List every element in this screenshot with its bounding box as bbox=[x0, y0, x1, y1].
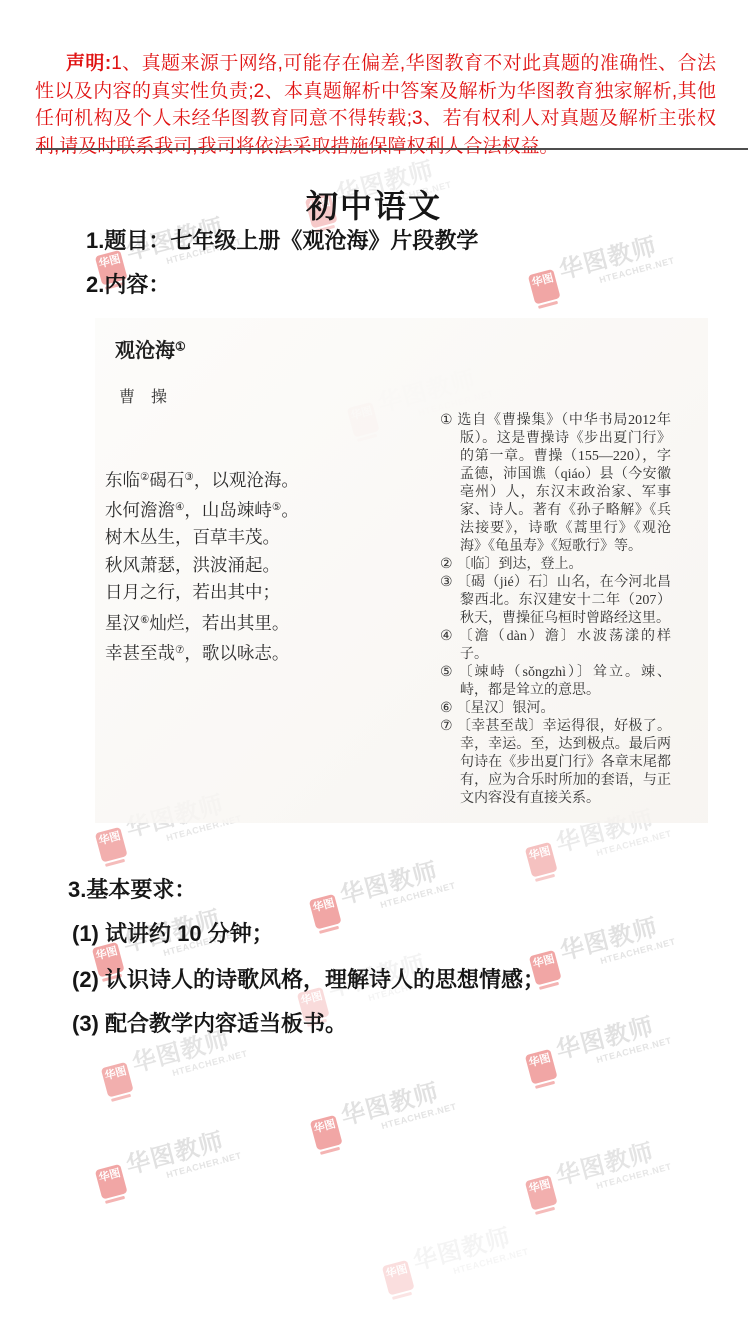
annotation-marker: ⑥ bbox=[440, 701, 453, 716]
watermark-domain-text: HTEACHER.NET bbox=[563, 255, 675, 294]
divider-line bbox=[36, 148, 748, 150]
content-label: 2.内容： bbox=[86, 268, 170, 299]
poem-line: 东临②碣石③，以观沧海。 bbox=[105, 464, 299, 494]
huatu-logo-icon: 华图 bbox=[310, 1115, 344, 1156]
disclaimer-body: 1、真题来源于网络,可能存在偏差,华图教育不对此真题的准确性、合法性以及内容的真… bbox=[35, 53, 716, 157]
poem-line: 日月之行，若出其中； bbox=[105, 579, 299, 606]
requirement-item: (1) 试讲约 10 分钟； bbox=[72, 917, 274, 948]
poem-line: 树木丛生，百草丰茂。 bbox=[105, 524, 299, 551]
annotation-marker: ⑦ bbox=[440, 719, 453, 734]
watermark: 华图 华图教师 HTEACHER.NET bbox=[90, 814, 285, 876]
watermark-domain-text: HTEACHER.NET bbox=[344, 880, 456, 919]
watermark: 华图 华图教师 HTEACHER.NET bbox=[377, 1247, 572, 1309]
requirement-item: (3) 配合教学内容适当板书。 bbox=[72, 1007, 347, 1038]
watermark: 华图 华图教师 HTEACHER.NET bbox=[90, 1151, 285, 1213]
annotation-text: 〔幸甚至哉〕幸运得很，好极了。幸，幸运。至，达到极点。最后两句诗在《步出夏门行》… bbox=[457, 719, 671, 806]
annotation-marker: ① bbox=[440, 413, 453, 428]
poem-body: 东临②碣石③，以观沧海。 水何澹澹④，山岛竦峙⑤。 树木丛生，百草丰茂。 秋风萧… bbox=[105, 464, 299, 667]
annotation-text: 选自《曹操集》（中华书局2012年版）。这是曹操诗《步出夏门行》的第一章。曹操（… bbox=[457, 413, 671, 554]
annotation-text: 〔碣（jié）石〕山名，在今河北昌黎西北。东汉建安十二年（207）秋天，曹操征乌… bbox=[457, 575, 671, 626]
watermark-brand-text: 华图教师 bbox=[556, 903, 675, 966]
watermark-brand-text: 华图教师 bbox=[337, 1068, 456, 1131]
watermark: 华图 华图教师 HTEACHER.NET bbox=[520, 829, 715, 891]
watermark-brand-text: 华图教师 bbox=[122, 1117, 241, 1180]
disclaimer-label: 声明: bbox=[66, 53, 111, 74]
annotation-marker: ⑤ bbox=[440, 665, 455, 680]
annotation-item: ⑦〔幸甚至哉〕幸运得很，好极了。幸，幸运。至，达到极点。最后两句诗在《步出夏门行… bbox=[440, 718, 671, 808]
huatu-logo-icon: 华图 bbox=[95, 1164, 129, 1205]
annotation-marker: ③ bbox=[440, 575, 453, 590]
watermark-domain-text: HTEACHER.NET bbox=[564, 936, 676, 975]
annotation-item: ⑤〔竦峙（sǒngzhì）〕耸立。竦、峙，都是耸立的意思。 bbox=[440, 664, 671, 700]
poem-line: 水何澹澹④，山岛竦峙⑤。 bbox=[105, 494, 299, 524]
annotation-item: ⑥〔星汉〕银河。 bbox=[440, 700, 671, 718]
page-title: 初中语文 bbox=[0, 181, 748, 227]
watermark-domain-text: HTEACHER.NET bbox=[560, 1161, 672, 1200]
huatu-logo-icon: 华图 bbox=[525, 842, 559, 883]
requirement-item: (2) 认识诗人的诗歌风格，理解诗人的思想情感； bbox=[72, 963, 545, 994]
huatu-logo-icon: 华图 bbox=[525, 1049, 559, 1090]
poem-title: 观沧海① bbox=[115, 334, 186, 363]
annotation-item: ②〔临〕到达，登上。 bbox=[440, 556, 671, 574]
annotation-marker: ② bbox=[440, 557, 453, 572]
annotation-item: ①选自《曹操集》（中华书局2012年版）。这是曹操诗《步出夏门行》的第一章。曹操… bbox=[440, 412, 671, 556]
topic-label: 1.题目： bbox=[86, 228, 170, 253]
poem-author: 曹 操 bbox=[119, 384, 167, 407]
annotation-column: ①选自《曹操集》（中华书局2012年版）。这是曹操诗《步出夏门行》的第一章。曹操… bbox=[440, 412, 671, 808]
huatu-logo-icon: 华图 bbox=[101, 1062, 135, 1103]
watermark-domain-text: HTEACHER.NET bbox=[417, 1246, 529, 1285]
watermark: 华图 华图教师 HTEACHER.NET bbox=[520, 1036, 715, 1098]
requirements-label: 3.基本要求： bbox=[68, 873, 196, 904]
poem-line: 幸甚至哉⑦，歌以咏志。 bbox=[105, 637, 299, 667]
watermark-domain-text: HTEACHER.NET bbox=[345, 1101, 457, 1140]
watermark-brand-text: 华图教师 bbox=[336, 847, 455, 910]
annotation-text: 〔竦峙（sǒngzhì）〕耸立。竦、峙，都是耸立的意思。 bbox=[459, 665, 671, 698]
annotation-item: ④〔澹（dàn）澹〕水波荡漾的样子。 bbox=[440, 628, 671, 664]
huatu-logo-icon: 华图 bbox=[382, 1260, 416, 1301]
huatu-logo-icon: 华图 bbox=[309, 894, 343, 935]
watermark-brand-text: 华图教师 bbox=[552, 1128, 671, 1191]
poem-line: 星汉⑥灿烂，若出其里。 bbox=[105, 607, 299, 637]
topic-line: 1.题目：七年级上册《观沧海》片段教学 bbox=[86, 224, 478, 255]
watermark-domain-text: HTEACHER.NET bbox=[560, 1035, 672, 1074]
watermark-brand-text: 华图教师 bbox=[409, 1213, 528, 1276]
watermark-domain-text: HTEACHER.NET bbox=[560, 828, 672, 867]
watermark: 华图 华图教师 HTEACHER.NET bbox=[523, 256, 718, 318]
watermark: 华图 华图教师 HTEACHER.NET bbox=[96, 1049, 291, 1111]
disclaimer: 声明:1、真题来源于网络,可能存在偏差,华图教育不对此真题的准确性、合法性以及内… bbox=[35, 50, 716, 160]
watermark: 华图 华图教师 HTEACHER.NET bbox=[520, 1162, 715, 1224]
watermark: 华图 华图教师 HTEACHER.NET bbox=[304, 881, 499, 943]
watermark-brand-text: 华图教师 bbox=[552, 1002, 671, 1065]
watermark-domain-text: HTEACHER.NET bbox=[136, 1048, 248, 1087]
textbook-scan: 观沧海① 曹 操 东临②碣石③，以观沧海。 水何澹澹④，山岛竦峙⑤。 树木丛生，… bbox=[95, 318, 708, 823]
topic-text: 七年级上册《观沧海》片段教学 bbox=[170, 228, 478, 253]
annotation-text: 〔澹（dàn）澹〕水波荡漾的样子。 bbox=[459, 629, 671, 662]
huatu-logo-icon: 华图 bbox=[525, 1175, 559, 1216]
watermark: 华图 华图教师 HTEACHER.NET bbox=[524, 937, 719, 999]
annotation-text: 〔星汉〕银河。 bbox=[457, 701, 555, 716]
poem-line: 秋风萧瑟，洪波涌起。 bbox=[105, 552, 299, 579]
annotation-text: 〔临〕到达，登上。 bbox=[457, 557, 583, 572]
watermark-brand-text: 华图教师 bbox=[555, 222, 674, 285]
watermark: 华图 华图教师 HTEACHER.NET bbox=[305, 1102, 500, 1164]
watermark-domain-text: HTEACHER.NET bbox=[130, 1150, 242, 1189]
huatu-logo-icon: 华图 bbox=[95, 827, 129, 868]
annotation-marker: ④ bbox=[440, 629, 455, 644]
annotation-item: ③〔碣（jié）石〕山名，在今河北昌黎西北。东汉建安十二年（207）秋天，曹操征… bbox=[440, 574, 671, 628]
document-page: 华图 华图教师 HTEACHER.NET 华图 华图教师 HTEACHER.NE… bbox=[0, 0, 748, 1335]
huatu-logo-icon: 华图 bbox=[528, 269, 562, 310]
